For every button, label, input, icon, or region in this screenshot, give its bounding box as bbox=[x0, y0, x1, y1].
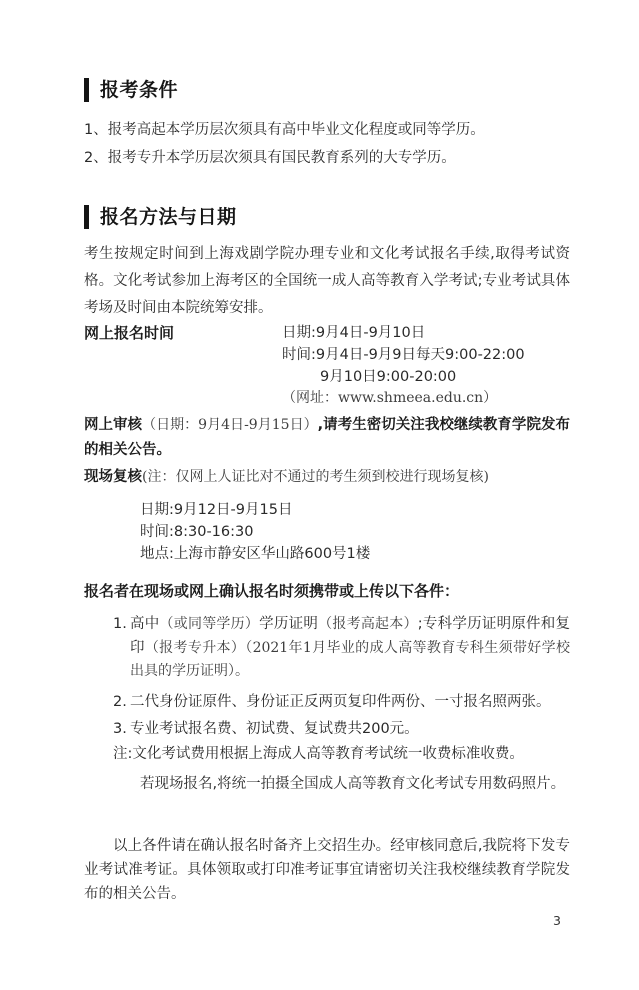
materials-item-3: 3. 专业考试报名费、初试费、复试费共200元。 bbox=[113, 718, 570, 740]
item-text-serif: （报考专升本）（2021年1月毕业的成人高等教育专科生须带好学校出具的学历证明）… bbox=[130, 640, 570, 680]
recheck-place-line: 地点:上海市静安区华山路600号1楼 bbox=[140, 543, 570, 565]
onsite-recheck-label: 现场复核 bbox=[84, 469, 142, 485]
item-text-sans: 高中 bbox=[130, 616, 159, 632]
item-text: 高中（或同等学历）学历证明（报考高起本）;专科学历证明原件和复印（报考专升本）（… bbox=[130, 613, 570, 684]
online-review-paragraph: 网上审核（日期：9月4日-9月15日）,请考生密切关注我校继续教育学院发布的相关… bbox=[84, 413, 570, 463]
online-signup-label: 网上报名时间 bbox=[84, 322, 282, 409]
materials-note-1: 注:文化考试费用根据上海成人高等教育考试统一收费标准收费。 bbox=[113, 743, 570, 765]
recheck-date-line: 日期:9月12日-9月15日 bbox=[140, 499, 570, 521]
section-accent-bar bbox=[84, 78, 89, 102]
item-number: 1. bbox=[113, 613, 130, 684]
onsite-recheck-paragraph: 现场复核(注：仅网上人证比对不通过的考生须到校进行现场复核) bbox=[84, 465, 570, 490]
online-review-date-note: （日期：9月4日-9月15日） bbox=[142, 417, 318, 433]
registration-intro-paragraph: 考生按规定时间到上海戏剧学院办理专业和文化考试报名手续,取得考试资格。文化考试参… bbox=[84, 241, 570, 322]
materials-note-2: 若现场报名,将统一拍摄全国成人高等教育文化考试专用数码照片。 bbox=[140, 773, 570, 795]
online-signup-row: 网上报名时间 日期:9月4日-9月10日 时间:9月4日-9月9日每天9:00-… bbox=[84, 322, 570, 409]
section-title-conditions: 报考条件 bbox=[84, 78, 570, 102]
materials-item-2: 2. 二代身份证原件、身份证正反两页复印件两份、一寸报名照两张。 bbox=[113, 691, 570, 713]
online-review-label: 网上审核 bbox=[84, 417, 142, 433]
item-number: 2. bbox=[113, 691, 130, 713]
section-title-text: 报名方法与日期 bbox=[100, 205, 237, 229]
online-signup-schedule: 日期:9月4日-9月10日 时间:9月4日-9月9日每天9:00-22:00 9… bbox=[282, 322, 525, 409]
item-text-serif: （或同等学历） bbox=[159, 616, 259, 632]
materials-heading: 报名者在现场或网上确认报名时须携带或上传以下各件： bbox=[84, 579, 570, 603]
signup-date-line: 日期:9月4日-9月10日 bbox=[282, 322, 525, 344]
item-text-sans: 学历证明 bbox=[259, 616, 318, 632]
item-text: 二代身份证原件、身份证正反两页复印件两份、一寸报名照两张。 bbox=[130, 691, 551, 713]
signup-time-line-2: 9月10日9:00-20:00 bbox=[282, 366, 525, 388]
signup-website-line: （网址：www.shmeea.edu.cn） bbox=[282, 388, 525, 409]
item-number: 3. bbox=[113, 718, 130, 740]
materials-item-1: 1. 高中（或同等学历）学历证明（报考高起本）;专科学历证明原件和复印（报考专升… bbox=[113, 613, 570, 684]
section-accent-bar bbox=[84, 205, 89, 229]
document-page: 报考条件 1、报考高起本学历层次须具有高中毕业文化程度或同等学历。 2、报考专升… bbox=[0, 0, 639, 990]
item-text-serif: （报考高起本） bbox=[318, 616, 418, 632]
condition-item: 2、报考专升本学历层次须具有国民教育系列的大专学历。 bbox=[84, 144, 570, 172]
section-title-text: 报考条件 bbox=[100, 78, 178, 102]
section-title-registration: 报名方法与日期 bbox=[84, 205, 570, 229]
page-number: 3 bbox=[553, 913, 561, 928]
condition-item: 1、报考高起本学历层次须具有高中毕业文化程度或同等学历。 bbox=[84, 116, 570, 144]
onsite-recheck-schedule: 日期:9月12日-9月15日 时间:8:30-16:30 地点:上海市静安区华山… bbox=[140, 499, 570, 565]
item-text: 专业考试报名费、初试费、复试费共200元。 bbox=[130, 718, 419, 740]
conditions-list: 1、报考高起本学历层次须具有高中毕业文化程度或同等学历。 2、报考专升本学历层次… bbox=[84, 116, 570, 172]
closing-paragraph: 以上各件请在确认报名时备齐上交招生办。经审核同意后,我院将下发专业考试准考证。具… bbox=[84, 834, 570, 906]
materials-list: 1. 高中（或同等学历）学历证明（报考高起本）;专科学历证明原件和复印（报考专升… bbox=[84, 613, 570, 795]
onsite-recheck-note: (注：仅网上人证比对不通过的考生须到校进行现场复核) bbox=[142, 469, 489, 485]
signup-time-line: 时间:9月4日-9月9日每天9:00-22:00 bbox=[282, 344, 525, 366]
recheck-time-line: 时间:8:30-16:30 bbox=[140, 521, 570, 543]
